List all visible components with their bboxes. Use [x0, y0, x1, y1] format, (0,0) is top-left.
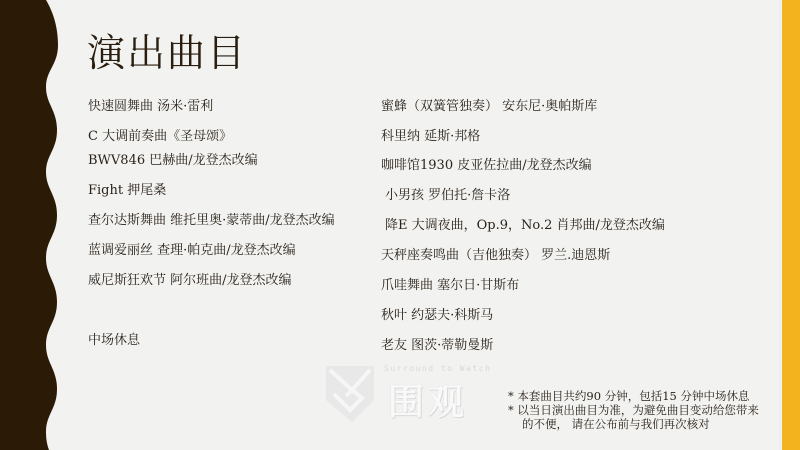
program-item: 咖啡馆1930 皮亚佐拉曲/龙登杰改编 — [381, 154, 592, 173]
program-item: C 大调前奏曲《圣母颂》 — [88, 125, 232, 144]
program-item: 威尼斯狂欢节 阿尔班曲/龙登杰改编 — [88, 269, 292, 288]
program-item: Fight 押尾桑 — [88, 179, 166, 198]
program-item: 快速圆舞曲 汤米·雷利 — [88, 95, 213, 114]
program-item: 蜜蜂（双簧管独奏） 安东尼·奥帕斯库 — [381, 95, 597, 114]
watermark-logo-icon — [322, 360, 382, 426]
footnote-disclaimer-cont: 的不便， 请在公布前与我们再次核对 — [508, 417, 759, 431]
footnotes: * 本套曲目共约90 分钟，包括15 分钟中场休息 * 以当日演出曲目为准，为避… — [508, 389, 759, 431]
intermission-label: 中场休息 — [88, 329, 140, 348]
program-item: 天秤座奏鸣曲（吉他独奏） 罗兰.迪恩斯 — [381, 244, 610, 263]
accent-divider-line — [779, 0, 781, 450]
program-item: 降E 大调夜曲，Op.9，No.2 肖邦曲/龙登杰改编 — [385, 214, 665, 233]
footnote-disclaimer: * 以当日演出曲目为准，为避免曲目变动给您带来 — [508, 403, 759, 417]
program-item: BWV846 巴赫曲/龙登杰改编 — [88, 149, 258, 168]
accent-bar — [782, 0, 800, 450]
program-item: 秋叶 约瑟夫·科斯马 — [381, 304, 493, 323]
left-wave-decoration — [0, 0, 70, 450]
watermark: Surround to Watch 围观 — [322, 360, 492, 428]
watermark-subtitle: Surround to Watch — [384, 364, 491, 373]
program-item: 小男孩 罗伯托·詹卡洛 — [385, 184, 510, 203]
program-item: 老友 图茨·蒂勒曼斯 — [381, 334, 493, 353]
program-item: 爪哇舞曲 塞尔日·甘斯布 — [381, 274, 519, 293]
program-item: 科里纳 延斯·邦格 — [381, 125, 480, 144]
program-item: 查尔达斯舞曲 维托里奥·蒙蒂曲/龙登杰改编 — [88, 209, 335, 228]
footnote-duration: * 本套曲目共约90 分钟，包括15 分钟中场休息 — [508, 389, 759, 403]
watermark-text: 围观 — [388, 374, 468, 425]
program-item: 蓝调爱丽丝 查理·帕克曲/龙登杰改编 — [88, 239, 296, 258]
page-title: 演出曲目 — [87, 22, 247, 77]
